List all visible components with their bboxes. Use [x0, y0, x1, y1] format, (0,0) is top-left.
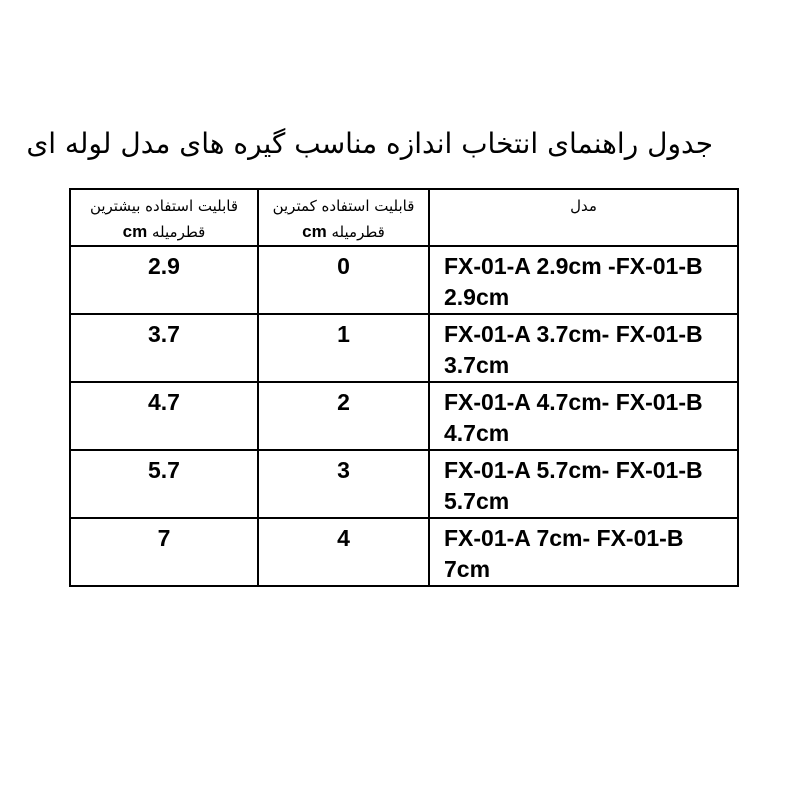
header-max-line2: قطرمیله cm — [71, 219, 257, 245]
cell-min-diameter: 0 — [258, 246, 429, 314]
cell-max-diameter: 5.7 — [70, 450, 258, 518]
header-row: قابلیت استفاده بیشترین قطرمیله cm قابلیت… — [70, 189, 738, 246]
cell-model: FX-01-A 4.7cm- FX-01-B 4.7cm — [429, 382, 738, 450]
cell-model: FX-01-A 2.9cm -FX-01-B 2.9cm — [429, 246, 738, 314]
cell-model: FX-01-A 7cm- FX-01-B 7cm — [429, 518, 738, 586]
header-max-unit: cm — [123, 222, 148, 241]
header-max-line1: قابلیت استفاده بیشترین — [71, 193, 257, 219]
header-min-unit: cm — [302, 222, 327, 241]
header-min-diameter: قابلیت استفاده کمترین قطرمیله cm — [258, 189, 429, 246]
table-row: 4.7 2 FX-01-A 4.7cm- FX-01-B 4.7cm — [70, 382, 738, 450]
header-max-word: قطرمیله — [152, 223, 205, 241]
table-row: 3.7 1 FX-01-A 3.7cm- FX-01-B 3.7cm — [70, 314, 738, 382]
cell-model: FX-01-A 5.7cm- FX-01-B 5.7cm — [429, 450, 738, 518]
cell-min-diameter: 2 — [258, 382, 429, 450]
header-min-word: قطرمیله — [332, 223, 385, 241]
table-row: 2.9 0 FX-01-A 2.9cm -FX-01-B 2.9cm — [70, 246, 738, 314]
document-page: جدول راهنمای انتخاب اندازه مناسب گیره ها… — [0, 0, 800, 800]
header-min-line1: قابلیت استفاده کمترین — [259, 193, 428, 219]
table-row: 7 4 FX-01-A 7cm- FX-01-B 7cm — [70, 518, 738, 586]
table-row: 5.7 3 FX-01-A 5.7cm- FX-01-B 5.7cm — [70, 450, 738, 518]
cell-max-diameter: 7 — [70, 518, 258, 586]
cell-model: FX-01-A 3.7cm- FX-01-B 3.7cm — [429, 314, 738, 382]
cell-min-diameter: 3 — [258, 450, 429, 518]
header-model: مدل — [429, 189, 738, 246]
size-guide-table: قابلیت استفاده بیشترین قطرمیله cm قابلیت… — [69, 188, 739, 587]
cell-max-diameter: 3.7 — [70, 314, 258, 382]
cell-min-diameter: 4 — [258, 518, 429, 586]
page-title: جدول راهنمای انتخاب اندازه مناسب گیره ها… — [26, 122, 713, 166]
header-max-diameter: قابلیت استفاده بیشترین قطرمیله cm — [70, 189, 258, 246]
cell-max-diameter: 4.7 — [70, 382, 258, 450]
cell-max-diameter: 2.9 — [70, 246, 258, 314]
cell-min-diameter: 1 — [258, 314, 429, 382]
header-min-line2: قطرمیله cm — [259, 219, 428, 245]
